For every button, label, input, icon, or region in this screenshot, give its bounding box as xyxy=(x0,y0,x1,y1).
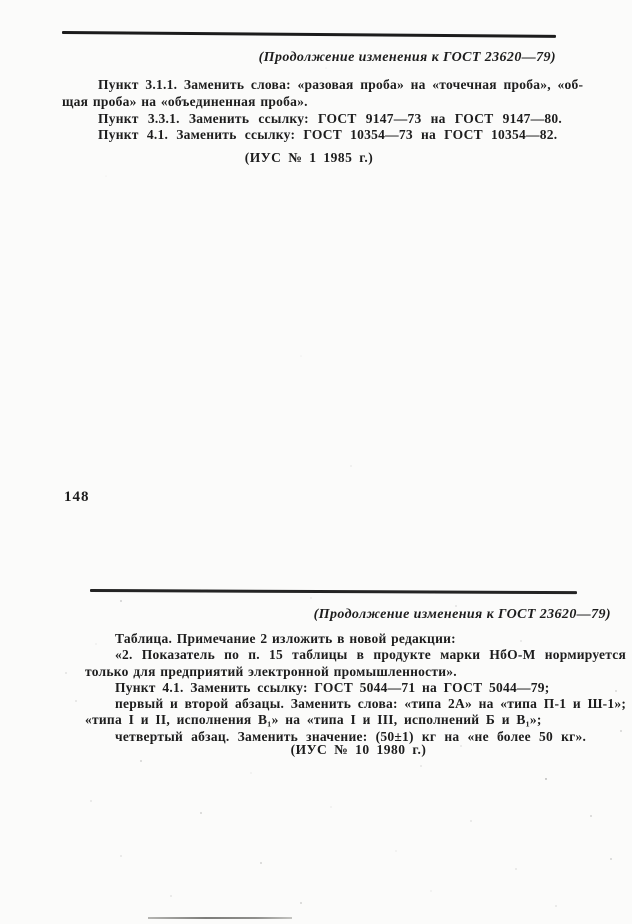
top-continuation-header: (Продолжение изменения к ГОСТ 23620—79) xyxy=(62,50,556,66)
document-line: Пункт 4.1. Заменить ссылку: ГОСТ 5044—71… xyxy=(85,680,612,696)
bottom-continuation-header: (Продолжение изменения к ГОСТ 23620—79) xyxy=(115,607,611,623)
document-line: Пункт 4.1. Заменить ссылку: ГОСТ 10354—7… xyxy=(62,127,558,144)
scan-noise-speckles xyxy=(0,0,2,2)
bottom-scan-artifact-line xyxy=(148,917,292,919)
document-line: первый и второй абзацы. Заменить слова: … xyxy=(85,696,612,712)
document-line: щая проба» на «объединенная проба». xyxy=(62,94,558,111)
middle-horizontal-rule xyxy=(90,589,577,594)
document-line: только для предприятий электронной промы… xyxy=(85,664,612,680)
top-body-text: Пункт 3.1.1. Заменить слова: «разовая пр… xyxy=(62,77,558,144)
document-line: Пункт 3.3.1. Заменить ссылку: ГОСТ 9147—… xyxy=(62,111,558,128)
document-line: Таблица. Примечание 2 изложить в новой р… xyxy=(85,631,612,647)
document-line: «2. Показатель по п. 15 таблицы в продук… xyxy=(85,647,612,663)
page-number: 148 xyxy=(64,489,90,506)
document-line: «типа I и II, исполнения В₁» на «типа I … xyxy=(85,712,612,728)
top-issue-note: (ИУС № 1 1985 г.) xyxy=(62,150,556,166)
bottom-body-text: Таблица. Примечание 2 изложить в новой р… xyxy=(85,631,612,745)
top-horizontal-rule xyxy=(62,31,556,38)
bottom-issue-note: (ИУС № 10 1980 г.) xyxy=(85,742,612,758)
document-line: Пункт 3.1.1. Заменить слова: «разовая пр… xyxy=(62,77,558,94)
